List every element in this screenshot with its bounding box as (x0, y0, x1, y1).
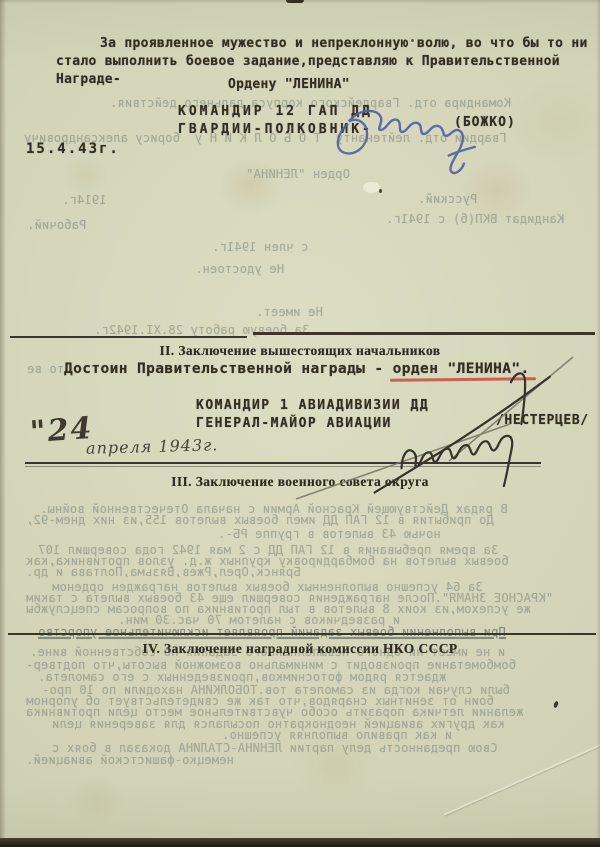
verdict-text: Достоин Правительственной награды - (64, 361, 393, 377)
bleedthrough-line: же успехом,из коих 8 вылетов в тыл проти… (26, 602, 531, 616)
bleedthrough-line: и разведчиков с налетом 70 час.30 мин. (118, 613, 400, 627)
section3-header: III. Заключение военного совета округа (0, 474, 600, 490)
bleedthrough-line: ждается рядом фотоснимков,произведенных … (38, 670, 446, 684)
bleedthrough-line: В рядах Действующей Красной Армии с нача… (40, 502, 508, 516)
bleedthrough-line: Кандидат ВКП(б) с 1941г. (386, 212, 564, 226)
divider-line (25, 462, 541, 464)
bleedthrough-line: "КРАСНОЕ ЗНАМЯ".После награждения соверш… (26, 591, 553, 605)
divider-line (10, 336, 247, 338)
bleedthrough-line: Не имеет. (256, 305, 323, 319)
section4-header: IV. Заключение наградной комиссии НКО СС… (0, 641, 600, 657)
citation-line-1: За проявленное мужество и непреклонную в… (100, 36, 588, 51)
bleedthrough-line: были случаи когда из самолета тов.ТОБОЛК… (42, 683, 510, 697)
bleedthrough-line: Брянск,Орел,Ржев,Вязьма,Полтава и др. (26, 565, 301, 579)
bleedthrough-line: Орден "ЛЕНИНА" (246, 167, 350, 181)
bleedthrough-line: боин от зенитных снарядов,что так же сви… (26, 694, 494, 708)
bleedthrough-line: боевых вылетов на бомбардировку крупных … (26, 554, 509, 568)
citation-line-2: стало выполнить боевое задание,представл… (56, 54, 560, 69)
bleedthrough-line: Рабочий. (27, 218, 86, 232)
bleedthrough-line: За 64 успешно выполненных боевых вылетов… (52, 580, 483, 594)
scan-bottom-edge (0, 838, 600, 847)
award-document-scan: Командира отд. Гвардейского корпуса даль… (0, 0, 600, 847)
bleedthrough-line: то ве (27, 362, 64, 376)
citation-award-label: Награде- (56, 72, 121, 87)
bleedthrough-line: с член 1941г. (212, 240, 309, 254)
bleedthrough-line: бомбометание производит с минимально воз… (26, 658, 516, 672)
commander1-title-line-1: КОМАНДИР 12 ГАП ДД (178, 104, 373, 119)
paper-flaw-spot (363, 182, 380, 193)
commander1-surname: (БОЖКО) (454, 115, 516, 130)
bleedthrough-line: За боевую работу 28.XI.1942г. (94, 323, 309, 337)
verdict-award-underlined: орден "ЛЕНИНА". (393, 361, 530, 377)
bleedthrough-line: и как правило выполняя успешно. (222, 728, 452, 742)
divider-line (253, 332, 595, 335)
scan-left-edge (0, 0, 6, 847)
divider-line (25, 466, 541, 467)
commander1-title-line-2: ГВАРДИИ-ПОЛКОВНИК- (178, 122, 373, 137)
commander2-surname: /НЕСТЕРЦЕВ/ (496, 413, 589, 428)
bleedthrough-line: немецко-фашистской авиацией. (26, 753, 234, 767)
citation-award-value: Ордену "ЛЕНИНА" (228, 77, 350, 92)
bleedthrough-line: При выполнении боевых заданий проявляет … (38, 625, 506, 639)
paper-speck (379, 189, 382, 193)
typed-date: 15.4.43г. (26, 141, 120, 157)
section2-header: II. Заключение вышестоящих начальников (0, 343, 600, 359)
commander2-title-line-1: КОМАНДИР 1 АВИАДИВИЗИИ ДД (196, 398, 429, 413)
paper-speck (553, 701, 559, 709)
award-verdict: Достоин Правительственной награды - орде… (64, 361, 530, 377)
bleedthrough-line: Свою преданность делу партии ЛЕНИНА-СТАЛ… (52, 741, 497, 755)
handwritten-day: "24 (29, 411, 95, 450)
bleedthrough-line: желании летчика поразить особо чувствите… (26, 705, 523, 719)
scan-right-edge (596, 0, 600, 847)
scan-top-edge (0, 0, 600, 4)
signature-nestertsev-icon (355, 366, 573, 516)
paper-crease (444, 736, 600, 815)
commander2-title-line-2: ГЕНЕРАЛ-МАЙОР АВИАЦИИ (196, 416, 392, 431)
divider-line (8, 633, 596, 635)
bleedthrough-line: ночью 43 вылетов в группе РБ-. (218, 527, 441, 541)
paper-speck (411, 39, 414, 42)
handwritten-date: апреля 1943г. (86, 435, 219, 457)
bleedthrough-line: как других авиацией неоднократно посылал… (52, 717, 505, 731)
bleedthrough-line: До прибытия в 12 ГАП ДД имел боевых выле… (26, 513, 494, 527)
bleedthrough-line: Русский. (418, 192, 477, 206)
bleedthrough-line: За время пребывания в 12 ГАП ДД с 2 мая … (38, 543, 498, 557)
bleedthrough-line: 1914г. (62, 193, 107, 207)
bleedthrough-line: Не удостоен. (195, 262, 284, 276)
